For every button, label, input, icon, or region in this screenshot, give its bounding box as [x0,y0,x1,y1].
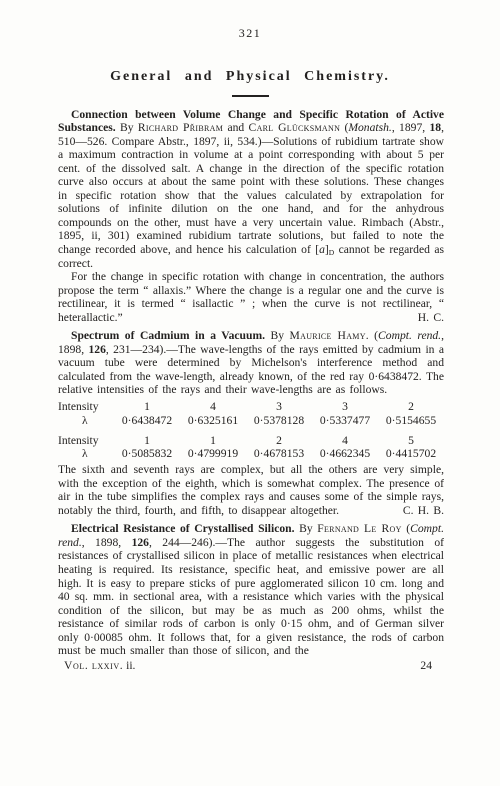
spectrum-table-row: Intensity11245 [58,428,444,448]
text-run: For the change in specific rotation with… [58,270,444,324]
text-run: Richard Přibram [138,121,223,134]
abstractor-initials: H. C. [405,311,444,325]
text-run: , 244—246).—The author suggests the subs… [58,536,444,657]
spectrum-table-cell: 3 [312,400,378,414]
text-run: The sixth and seventh rays are complex, … [58,463,444,517]
text-run: Compt. rend. [378,329,441,342]
page-number: 321 [0,0,500,41]
wavelength-row-label: λ [58,447,114,461]
spectrum-table-cell: 0·4678153 [246,447,312,461]
spectrum-table-cell: 1 [180,428,246,448]
spectrum-table-cell: 1 [114,400,180,414]
spectrum-table-cell: 0·5337477 [312,414,378,428]
text-run: , 1898, [82,536,132,549]
abstract-3: Electrical Resistance of Crystallised Si… [58,522,444,657]
spectrum-table-cell: 3 [246,400,312,414]
spectrum-table-cell: 0·6438472 [114,414,180,428]
text-run: 126 [132,536,149,549]
text-run: Monatsh. [348,121,391,134]
text-run: By [295,522,318,535]
intensity-row-label: Intensity [58,400,114,414]
spectrum-table-cell: 2 [246,428,312,448]
spectrum-table-cell: 0·5154655 [378,414,444,428]
paragraph: Connection between Volume Change and Spe… [58,108,444,271]
spectrum-table-row: λ0·64384720·63251610·53781280·53374770·5… [58,414,444,428]
text-run: and [223,121,248,134]
spectrum-table-cell: 5 [378,428,444,448]
abstractor-initials: C. H. B. [403,504,444,518]
abstract-2: Spectrum of Cadmium in a Vacuum. By Maur… [58,329,444,517]
section-title: General and Physical Chemistry. [0,69,500,85]
text-run: , 1897, [392,121,430,134]
text-run: Fernand Le Roy [317,522,401,535]
volume-label: Vol. lxxiv. ii. [64,659,135,672]
wavelength-row-label: λ [58,414,114,428]
spectrum-table-row: λ0·50858320·47999190·46781530·46623450·4… [58,447,444,461]
text-run: ( [402,522,410,535]
text-run: 126 [88,343,105,356]
text-run: , 510—526. Compare Abstr., 1897, ii, 534… [58,121,444,256]
paragraph: For the change in specific rotation with… [58,270,444,324]
scanned-journal-page: { "colors": { "paper": "#fdfdfb", "ink":… [0,0,500,786]
spectrum-intensity-table: Intensity14332λ0·64384720·63251610·53781… [58,400,444,461]
spectrum-table-row: Intensity14332 [58,400,444,414]
spectrum-table-cell: 0·5085832 [114,447,180,461]
text-run: 18 [429,121,441,134]
text-run: By [116,121,138,134]
spectrum-table-cell: 0·6325161 [180,414,246,428]
text-run: Carl Glücksmann [249,121,341,134]
spectrum-table-cell: 4 [312,428,378,448]
paragraph: The sixth and seventh rays are complex, … [58,463,444,517]
spectrum-table-cell: 4 [180,400,246,414]
spectrum-table-cell: 0·5378128 [246,414,312,428]
spectrum-table-cell: 1 [114,428,180,448]
paragraph: Electrical Resistance of Crystallised Si… [58,522,444,657]
spectrum-table-cell: 2 [378,400,444,414]
text-run: Maurice Hamy [290,329,366,342]
spectrum-table-cell: 0·4415702 [378,447,444,461]
volume-text-rest: ii. [123,659,135,672]
text-run: Electrical Resistance of Crystallised Si… [71,522,295,535]
text-run: , 231—234).—The wave-lengths of the rays… [58,343,444,397]
spectrum-table-cell: 0·4662345 [312,447,378,461]
text-run: By [265,329,290,342]
signature-sheet-number: 24 [420,659,432,672]
title-rule-divider [232,95,269,97]
abstracts-container: Connection between Volume Change and Spe… [58,108,444,658]
text-run: . ( [366,329,378,342]
text-run: Spectrum of Cadmium in a Vacuum. [71,329,265,342]
volume-text-smallcaps: Vol. lxxiv. [64,659,123,672]
page-footer: Vol. lxxiv. ii. 24 [64,659,432,672]
spectrum-table-cell: 0·4799919 [180,447,246,461]
intensity-row-label: Intensity [58,428,114,448]
abstract-1: Connection between Volume Change and Spe… [58,108,444,325]
paragraph: Spectrum of Cadmium in a Vacuum. By Maur… [58,329,444,397]
